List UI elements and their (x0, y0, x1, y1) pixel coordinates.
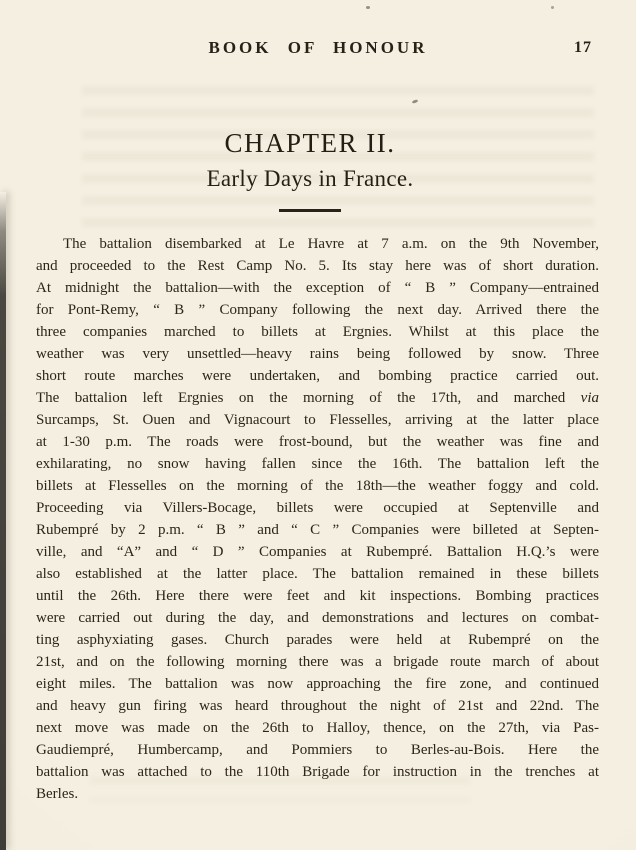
text-line: until the 26th. Here there were feet and… (36, 585, 599, 607)
text-line: The battalion left Ergnies on the mornin… (36, 387, 599, 409)
section-divider (279, 209, 341, 212)
chapter-heading: CHAPTER II. (20, 128, 600, 159)
text-line: and heavy gun firing was heard throughou… (36, 695, 599, 717)
text-line: were carried out during the day, and dem… (36, 607, 599, 629)
text-line: Rubempré by 2 p.m. “ B ” and “ C ” Compa… (36, 519, 599, 541)
text-line: and proceeded to the Rest Camp No. 5. It… (36, 255, 599, 277)
text-line: billets at Flesselles on the morning of … (36, 475, 599, 497)
book-page: BOOK OF HONOUR 17 CHAPTER II. Early Days… (0, 0, 636, 850)
text-line: The battalion disembarked at Le Havre at… (36, 233, 599, 255)
text-line: exhilarating, no snow having fallen sinc… (36, 453, 599, 475)
text-line: battalion was attached to the 110th Brig… (36, 761, 599, 783)
text-line: also established at the latter place. Th… (36, 563, 599, 585)
text-line: weather was very unsettled—heavy rains b… (36, 343, 599, 365)
text-line: Proceeding via Villers-Bocage, billets w… (36, 497, 599, 519)
text-line: Surcamps, St. Ouen and Vignacourt to Fle… (36, 409, 599, 431)
text-line: At midnight the battalion—with the excep… (36, 277, 599, 299)
chapter-block: CHAPTER II. Early Days in France. (20, 128, 600, 192)
text-line: eight miles. The battalion was now appro… (36, 673, 599, 695)
text-line: ville, and “A” and “ D ” Companies at Ru… (36, 541, 599, 563)
book-title: BOOK OF HONOUR (0, 38, 636, 58)
paper-speck (366, 6, 370, 9)
paper-speck (551, 6, 554, 9)
running-header: BOOK OF HONOUR 17 (0, 38, 636, 60)
text-line: Berles. (36, 783, 599, 805)
paper-speck (412, 99, 419, 104)
text-line: three companies marched to billets at Er… (36, 321, 599, 343)
text-line: next move was made on the 26th to Halloy… (36, 717, 599, 739)
text-line: 21st, and on the following morning there… (36, 651, 599, 673)
body-paragraph: The battalion disembarked at Le Havre at… (36, 233, 599, 805)
text-line: short route marches were undertaken, and… (36, 365, 599, 387)
binding-edge-shadow (0, 192, 6, 850)
text-line: ting asphyxiating gases. Church parades … (36, 629, 599, 651)
text-line: at 1-30 p.m. The roads were frost-bound,… (36, 431, 599, 453)
page-number: 17 (574, 39, 592, 57)
text-line: Gaudiempré, Humbercamp, and Pommiers to … (36, 739, 599, 761)
chapter-subtitle: Early Days in France. (20, 166, 600, 192)
text-line: for Pont-Remy, “ B ” Company following t… (36, 299, 599, 321)
